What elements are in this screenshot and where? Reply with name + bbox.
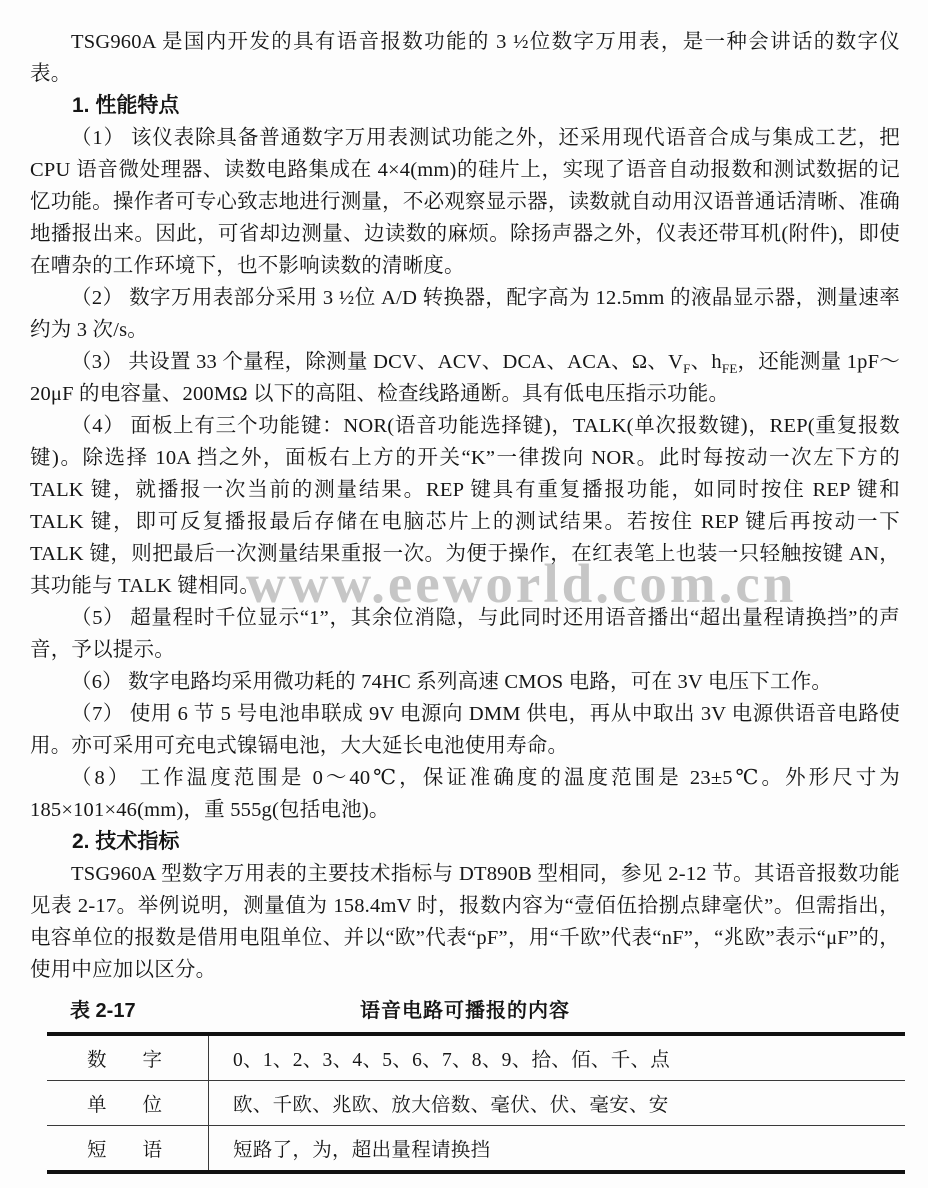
feature-item-8: （8） 工作温度范围是 0～40℃，保证准确度的温度范围是 23±5℃。外形尺寸… [30,762,900,826]
table-title: 语音电路可播报的内容 [30,998,900,1024]
row-label-char: 字 [142,1044,162,1072]
table-caption: 表 2-17 语音电路可播报的内容 [30,998,900,1024]
table-row-digits: 数 字 0、1、2、3、4、5、6、7、8、9、拾、佰、千、点 [47,1036,905,1080]
row-value: 0、1、2、3、4、5、6、7、8、9、拾、佰、千、点 [209,1036,905,1080]
row-label: 数 字 [47,1036,209,1080]
row-label-char: 数 [87,1044,107,1072]
row-label: 单 位 [47,1081,209,1125]
intro-paragraph: TSG960A 是国内开发的具有语音报数功能的 3 ½位数字万用表，是一种会讲话… [30,26,900,90]
feature-item-2: （2） 数字万用表部分采用 3 ½位 A/D 转换器，配字高为 12.5mm 的… [30,282,900,346]
feature-item-5: （5） 超量程时千位显示“1”，其余位消隐，与此同时还用语音播出“超出量程请换挡… [30,602,900,666]
feature-item-4: （4） 面板上有三个功能键：NOR(语音功能选择键)，TALK(单次报数键)，R… [30,410,900,602]
row-label-char: 位 [142,1089,162,1117]
scanned-document-page: www.eeworld.com.cn TSG960A 是国内开发的具有语音报数功… [0,0,928,1188]
row-label: 短 语 [47,1126,209,1170]
section-heading-specs: 2. 技术指标 [30,826,900,858]
feature-item-1: （1） 该仪表除具备普通数字万用表测试功能之外，还采用现代语音合成与集成工艺，把… [30,122,900,282]
row-label-char: 语 [142,1134,162,1162]
feature-item-7: （7） 使用 6 节 5 号电池串联成 9V 电源向 DMM 供电，再从中取出 … [30,698,900,762]
document-content: TSG960A 是国内开发的具有语音报数功能的 3 ½位数字万用表，是一种会讲话… [0,0,928,1174]
row-value: 欧、千欧、兆欧、放大倍数、毫伏、伏、毫安、安 [209,1081,905,1125]
feature-item-6: （6） 数字电路均采用微功耗的 74HC 系列高速 CMOS 电路，可在 3V … [30,666,900,698]
row-label-char: 短 [87,1134,107,1162]
section-heading-performance: 1. 性能特点 [30,90,900,122]
row-value: 短路了，为，超出量程请换挡 [209,1126,905,1170]
table-row-phrases: 短 语 短路了，为，超出量程请换挡 [47,1125,905,1170]
row-label-char: 单 [87,1089,107,1117]
voice-content-table: 数 字 0、1、2、3、4、5、6、7、8、9、拾、佰、千、点 单 位 欧、千欧… [47,1032,905,1174]
feature-item-3: （3） 共设置 33 个量程，除测量 DCV、ACV、DCA、ACA、Ω、VF、… [30,346,900,410]
table-row-units: 单 位 欧、千欧、兆欧、放大倍数、毫伏、伏、毫安、安 [47,1080,905,1125]
specs-paragraph: TSG960A 型数字万用表的主要技术指标与 DT890B 型相同，参见 2-1… [30,858,900,986]
